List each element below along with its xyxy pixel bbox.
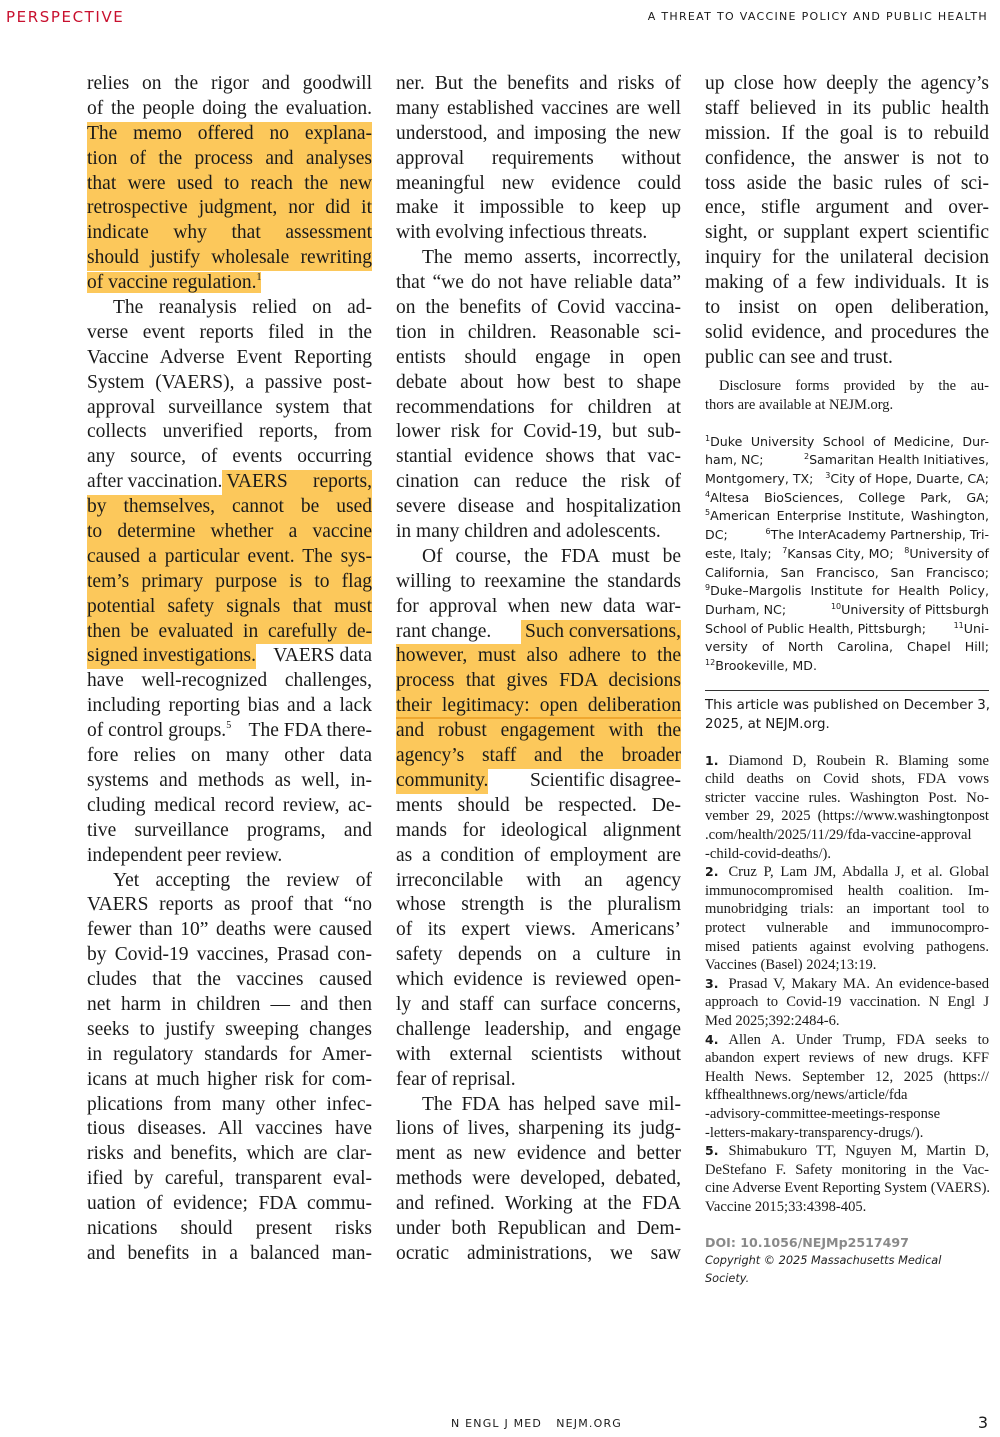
text-line: mands for ideological alignment (396, 819, 681, 844)
text-line: nications should present risks (87, 1217, 372, 1242)
text-line: challenge leadership, and engage (396, 1018, 681, 1043)
text-line: This article was published on December 3… (705, 696, 989, 715)
highlighted-line: tem’s primary purpose is to flag (87, 570, 372, 595)
highlighted-line: by themselves, cannot be used (87, 495, 372, 520)
reference-line: munobridging trials: an important tool t… (705, 900, 989, 919)
highlighted-line: that were used to reach the new (87, 172, 372, 197)
text-line: net harm in children — and then (87, 993, 372, 1018)
reference-line: 1.Diamond D, Roubein R. Blaming some (705, 752, 989, 771)
text-line: on the benefits of Covid vaccina- (396, 296, 681, 321)
text-line: for approval when new data war- (396, 595, 681, 620)
text-line: rant change. Such conversations, (396, 620, 681, 645)
text-line: community. Scientific disagree- (396, 769, 681, 794)
highlighted-line: process that gives FDA decisions (396, 669, 681, 694)
reference-line: 2.Cruz P, Lam JM, Abdalla J, et al. Glob… (705, 863, 989, 882)
text-line: VAERS reports as proof that “no (87, 893, 372, 918)
text-line: ocratic administrations, we saw (396, 1242, 681, 1267)
text-line: ment as new evidence and better (396, 1142, 681, 1167)
reference-item: 1.Diamond D, Roubein R. Blaming some chi… (705, 752, 989, 864)
paragraph-start: Yet accepting the review of (87, 869, 372, 894)
text-line: with external scientists without (396, 1043, 681, 1068)
text-line: systems and methods as well, in- (87, 769, 372, 794)
text-line: making of a few individuals. It is (705, 271, 989, 296)
reference-line: Health News. September 12, 2025 (https:/… (705, 1068, 989, 1087)
text-line: mission. If the goal is to rebuild (705, 122, 989, 147)
reference-link[interactable]: -letters-makary-transparency-drugs/). (705, 1124, 989, 1143)
reference-line: child deaths on Covid shots, FDA vows (705, 770, 989, 789)
highlighted-text: signed investigations. (87, 644, 256, 669)
text-line: collects unverified reports, from (87, 420, 372, 445)
affiliation-line: 4Altesa BioSciences, College Park, GA; (705, 489, 989, 508)
text-line: plications from many other infec- (87, 1093, 372, 1118)
text-line: after vaccination. VAERS reports, (87, 470, 372, 495)
reference-link[interactable]: -advisory-committee-meetings-response (705, 1105, 989, 1124)
reference-line: approach to Covid-19 vaccination. N Engl… (705, 993, 989, 1012)
text-line: thors are available at NEJM.org. (705, 396, 989, 415)
reference-line: 3.Prasad V, Makary MA. An evidence-based (705, 975, 989, 994)
affiliation-line: versity of North Carolina, Chapel Hill; (705, 638, 989, 657)
text-line: of control groups.5 The FDA there- (87, 719, 372, 744)
affiliation-line: este, Italy;7Kansas City, MO;8University… (705, 545, 989, 564)
text-line: in regulatory standards for Amer- (87, 1043, 372, 1068)
text-line: ence, stifle argument and over- (705, 196, 989, 221)
copyright-notice: Copyright © 2025 Massachusetts Medical S… (705, 1252, 989, 1288)
reference-number: 3. (705, 976, 718, 991)
reference-line: stricter vaccine rules. Washington Post.… (705, 789, 989, 808)
highlighted-line: their legitimacy: open deliberation (396, 694, 681, 719)
text-line: debate about how best to shape (396, 371, 681, 396)
highlighted-line: of vaccine regulation.1 (87, 271, 372, 296)
reference-link[interactable]: kffhealthnews.org/news/article/fda (705, 1086, 989, 1105)
text-line: up close how deeply the agency’s (705, 72, 989, 97)
text-line: Disclosure forms provided by the au- (705, 377, 989, 396)
text-line: stantial evidence shows that vac- (396, 445, 681, 470)
reference-line: mised patients against evolving pathogen… (705, 938, 989, 957)
text-line: cination can reduce the risk of (396, 470, 681, 495)
highlighted-text-content: of vaccine regulation. (87, 272, 256, 293)
references-list: 1.Diamond D, Roubein R. Blaming some chi… (705, 752, 989, 1217)
text-line: Vaccine Adverse Event Reporting (87, 346, 372, 371)
text-line: as a condition of employment are (396, 844, 681, 869)
text-line: have well-recognized challenges, (87, 669, 372, 694)
reference-item: 4.Allen A. Under Trump, FDA seeks to aba… (705, 1031, 989, 1143)
page-footer: N ENGL J MED NEJM.ORG 3 (0, 1417, 1000, 1437)
running-head: PERSPECTIVE A THREAT TO VACCINE POLICY A… (0, 8, 1000, 30)
highlighted-text: of vaccine regulation.1 (87, 272, 261, 293)
column-3: up close how deeply the agency’s staff b… (705, 72, 989, 1288)
text-line: understood, and imposing the new (396, 122, 681, 147)
text-line: cludes that the vaccines caused (87, 968, 372, 993)
text-line: tive surveillance programs, and (87, 819, 372, 844)
article-running-title: A THREAT TO VACCINE POLICY AND PUBLIC HE… (648, 10, 988, 23)
affiliation-line: 12Brookeville, MD. (705, 657, 989, 676)
text-line: confidence, the answer is not to (705, 147, 989, 172)
text-line: lower risk for Covid-19, but sub- (396, 420, 681, 445)
text-line: whose strength is the pluralism (396, 893, 681, 918)
text-line: any source, of events occurring (87, 445, 372, 470)
reference-number: 1. (705, 753, 718, 768)
text-line: to insist on open deliberation, (705, 296, 989, 321)
highlighted-line: tion of the process and analyses (87, 147, 372, 172)
highlighted-line: then be evaluated in carefully de- (87, 620, 372, 645)
reference-number: 5. (705, 1143, 718, 1158)
affiliation-line: 9Duke–Margolis Institute for Health Poli… (705, 582, 989, 601)
highlighted-line: and robust engagement with the (396, 719, 681, 744)
closing-paragraph: up close how deeply the agency’s staff b… (705, 72, 989, 371)
highlighted-text: community. (396, 769, 488, 794)
column-1: relies on the rigor and goodwill of the … (87, 72, 372, 1267)
text-line: public can see and trust. (705, 346, 989, 371)
reference-line: DeStefano F. Safety monitoring in the Va… (705, 1161, 989, 1180)
text-line: icans at much higher risk for com- (87, 1068, 372, 1093)
author-affiliations: 1Duke University School of Medicine, Dur… (705, 433, 989, 676)
text-segment: of control groups.5 (87, 719, 231, 744)
text-line: which evidence is reviewed open- (396, 968, 681, 993)
text-segment: The FDA there- (249, 719, 372, 744)
text-line: including reporting bias and a lack (87, 694, 372, 719)
text-line: fewer than 10” deaths were caused (87, 918, 372, 943)
text-line: ner. But the benefits and risks of (396, 72, 681, 97)
text-line: approval surveillance system that (87, 396, 372, 421)
paragraph-start: Of course, the FDA must be (396, 545, 681, 570)
text-line: methods were developed, debated, (396, 1167, 681, 1192)
highlighted-text: Such conversations, (521, 620, 681, 645)
section-divider (705, 690, 989, 691)
text-line: willing to reexamine the standards (396, 570, 681, 595)
text-line: in many children and adolescents. (396, 520, 681, 545)
section-label: PERSPECTIVE (6, 8, 124, 26)
reference-line: 5.Shimabukuro TT, Nguyen M, Martin D, (705, 1142, 989, 1161)
reference-line: Vaccine 2015;33:4398-405. (705, 1198, 989, 1217)
reference-line: abandon expert reviews of new drugs. KFF (705, 1049, 989, 1068)
text-line: solid evidence, and procedures the (705, 321, 989, 346)
reference-link[interactable]: .com/health/2025/11/29/fda-vaccine-appro… (705, 826, 989, 845)
affiliation-line: Montgomery, TX;3City of Hope, Duarte, CA… (705, 470, 989, 489)
text-line: by Covid-19 vaccines, Prasad con- (87, 943, 372, 968)
text-line: ified by careful, transparent eval- (87, 1167, 372, 1192)
column-2: ner. But the benefits and risks of many … (396, 72, 681, 1267)
text-line: and benefits in a balanced man- (87, 1242, 372, 1267)
text-line: entists should engage in open (396, 346, 681, 371)
reference-link[interactable]: vember 29, 2025 (https://www.washingtonp… (705, 807, 989, 826)
text-line: fear of reprisal. (396, 1068, 681, 1093)
text-line: ly and staff can surface concerns, (396, 993, 681, 1018)
text-line: of its expert views. Americans’ (396, 918, 681, 943)
highlighted-line: potential safety signals that must (87, 595, 372, 620)
text-line: many established vaccines are well (396, 97, 681, 122)
footnote-ref-1[interactable]: 1 (256, 272, 261, 283)
highlighted-line: agency’s staff and the broader (396, 744, 681, 769)
reference-number: 4. (705, 1032, 718, 1047)
affiliation-line: School of Public Health, Pittsburgh;11Un… (705, 620, 989, 639)
text-line: of the people doing the evaluation. (87, 97, 372, 122)
text-line: System (VAERS), a passive post- (87, 371, 372, 396)
text-line: independent peer review. (87, 844, 372, 869)
text-line: meaningful new evidence could (396, 172, 681, 197)
highlighted-line: retrospective judgment, nor did it (87, 196, 372, 221)
affiliation-line: 5American Enterprise Institute, Washingt… (705, 507, 989, 526)
text-line: seeks to justify sweeping changes (87, 1018, 372, 1043)
text-line: that “we do not have reliable data” (396, 271, 681, 296)
text-line: relies on the rigor and goodwill (87, 72, 372, 97)
reference-line: immunocompromised health coalition. Im- (705, 882, 989, 901)
publication-note: This article was published on December 3… (705, 696, 989, 734)
highlighted-line: should justify wholesale rewriting (87, 246, 372, 271)
text-line: cluding medical record review, ac- (87, 794, 372, 819)
text-line: verse event reports filed in the (87, 321, 372, 346)
text-segment: Scientific disagree- (530, 769, 681, 794)
text-line: severe disease and hospitalization (396, 495, 681, 520)
text-line: and refined. Working at the FDA (396, 1192, 681, 1217)
doi-link[interactable]: DOI: 10.1056/NEJMp2517497 (705, 1234, 989, 1252)
text-line: fore relies on many other data (87, 744, 372, 769)
affiliation-line: Durham, NC;10University of Pittsburgh (705, 601, 989, 620)
reference-line: protect vulnerable and immunocompro- (705, 919, 989, 938)
text-line: safety depends on a culture in (396, 943, 681, 968)
text-line: recommendations for children at (396, 396, 681, 421)
text-line: tion in children. Reasonable sci- (396, 321, 681, 346)
reference-line: cine Adverse Event Reporting System (VAE… (705, 1179, 989, 1198)
page-number: 3 (978, 1413, 988, 1432)
affiliation-line: California, San Francisco, San Francisco… (705, 564, 989, 583)
affiliation-line: DC;6The InterAcademy Partnership, Tri- (705, 526, 989, 545)
affiliation-line: ham, NC;2Samaritan Health Initiatives, (705, 451, 989, 470)
highlighted-passage-memo: The memo offered no explana- tion of the… (87, 122, 372, 296)
reference-item: 3.Prasad V, Makary MA. An evidence-based… (705, 975, 989, 1031)
reference-line: Med 2025;392:2484-6. (705, 1012, 989, 1031)
reference-line: Vaccines (Basel) 2024;13:19. (705, 956, 989, 975)
text-line: with evolving infectious threats. (396, 221, 681, 246)
text-line: sight, or supplant expert scientific (705, 221, 989, 246)
highlighted-line: The memo offered no explana- (87, 122, 372, 147)
highlighted-line: caused a particular event. The sys- (87, 545, 372, 570)
text-line: ments should be respected. De- (396, 794, 681, 819)
text-line: under both Republican and Dem- (396, 1217, 681, 1242)
text-line: irreconcilable with an agency (396, 869, 681, 894)
text-line: risks and benefits, which are clar- (87, 1142, 372, 1167)
text-line: tious diseases. All vaccines have (87, 1117, 372, 1142)
affiliation-line: 1Duke University School of Medicine, Dur… (705, 433, 989, 452)
journal-citation: N ENGL J MED NEJM.ORG (451, 1417, 622, 1430)
text-segment: rant change. (396, 620, 491, 645)
text-segment: VAERS data (273, 644, 372, 669)
reference-item: 5.Shimabukuro TT, Nguyen M, Martin D, De… (705, 1142, 989, 1216)
highlighted-line: indicate why that assessment (87, 221, 372, 246)
footnote-ref-5[interactable]: 5 (226, 720, 231, 731)
paragraph-start: The memo asserts, incorrectly, (396, 246, 681, 271)
reference-line: 4.Allen A. Under Trump, FDA seeks to (705, 1031, 989, 1050)
disclosure-note: Disclosure forms provided by the au- tho… (705, 377, 989, 415)
paragraph-start: The FDA has helped save mil- (396, 1093, 681, 1118)
text-line: signed investigations. VAERS data (87, 644, 372, 669)
text-line: staff believed in its public health (705, 97, 989, 122)
reference-number: 2. (705, 864, 718, 879)
text-line: toss aside the basic rules of sci- (705, 172, 989, 197)
highlighted-line: to determine whether a vaccine (87, 520, 372, 545)
text-line: lions of lives, sharpening its judg- (396, 1117, 681, 1142)
reference-item: 2.Cruz P, Lam JM, Abdalla J, et al. Glob… (705, 863, 989, 975)
text-line: 2025, at NEJM.org. (705, 715, 989, 734)
text-line: approval requirements without (396, 147, 681, 172)
text-segment: after vaccination. (87, 470, 222, 495)
reference-link[interactable]: -child-covid-deaths/). (705, 845, 989, 864)
paragraph-start: The reanalysis relied on ad- (87, 296, 372, 321)
text-line: make it impossible to keep up (396, 196, 681, 221)
highlighted-line: however, must also adhere to the (396, 644, 681, 669)
text-line: inquiry for the unilateral decision (705, 246, 989, 271)
highlighted-text: VAERS reports, (222, 470, 372, 495)
text-line: uation of evidence; FDA commu- (87, 1192, 372, 1217)
